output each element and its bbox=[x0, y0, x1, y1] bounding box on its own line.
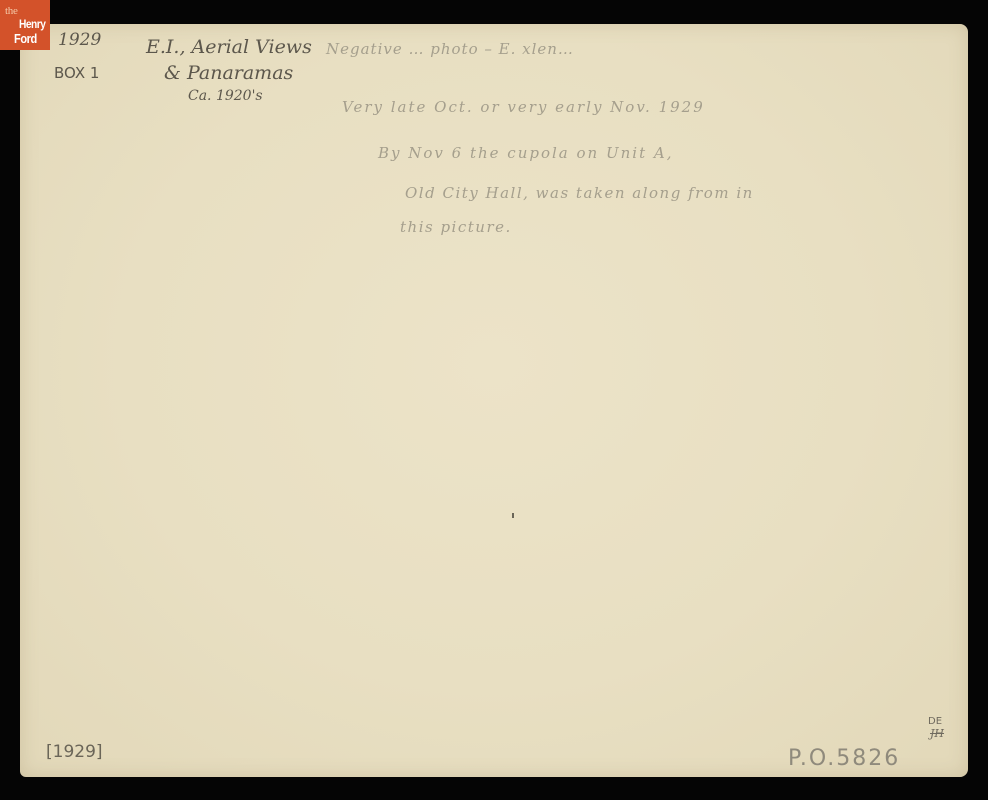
accession-number: P.O.5826 bbox=[788, 746, 900, 771]
pencil-mark bbox=[512, 513, 514, 518]
collection-title-line2: & Panaramas bbox=[164, 62, 293, 84]
note-line-1: Very late Oct. or very early Nov. 1929 bbox=[342, 98, 705, 116]
note-line-4: this picture. bbox=[400, 218, 512, 236]
initials-bottom: JH bbox=[930, 727, 944, 740]
collection-title-line1: E.I., Aerial Views bbox=[146, 36, 312, 58]
collection-date: Ca. 1920's bbox=[188, 88, 263, 104]
initials-top: DE bbox=[928, 716, 942, 727]
note-line-2: By Nov 6 the cupola on Unit A, bbox=[378, 144, 673, 162]
bottom-date: [1929] bbox=[46, 742, 103, 762]
year-annotation: 1929 bbox=[58, 30, 101, 50]
logo-text-the: the bbox=[5, 5, 18, 17]
top-note: Negative … photo – E. xlen… bbox=[326, 40, 574, 58]
note-line-3: Old City Hall, was taken along from in bbox=[405, 184, 754, 202]
photo-reverse-paper bbox=[20, 24, 968, 777]
logo-text-ford: Ford bbox=[14, 31, 37, 46]
logo-text-henry: Henry bbox=[19, 17, 45, 31]
box-label: BOX 1 bbox=[54, 64, 99, 82]
henry-ford-logo: the Henry Ford bbox=[0, 0, 50, 50]
